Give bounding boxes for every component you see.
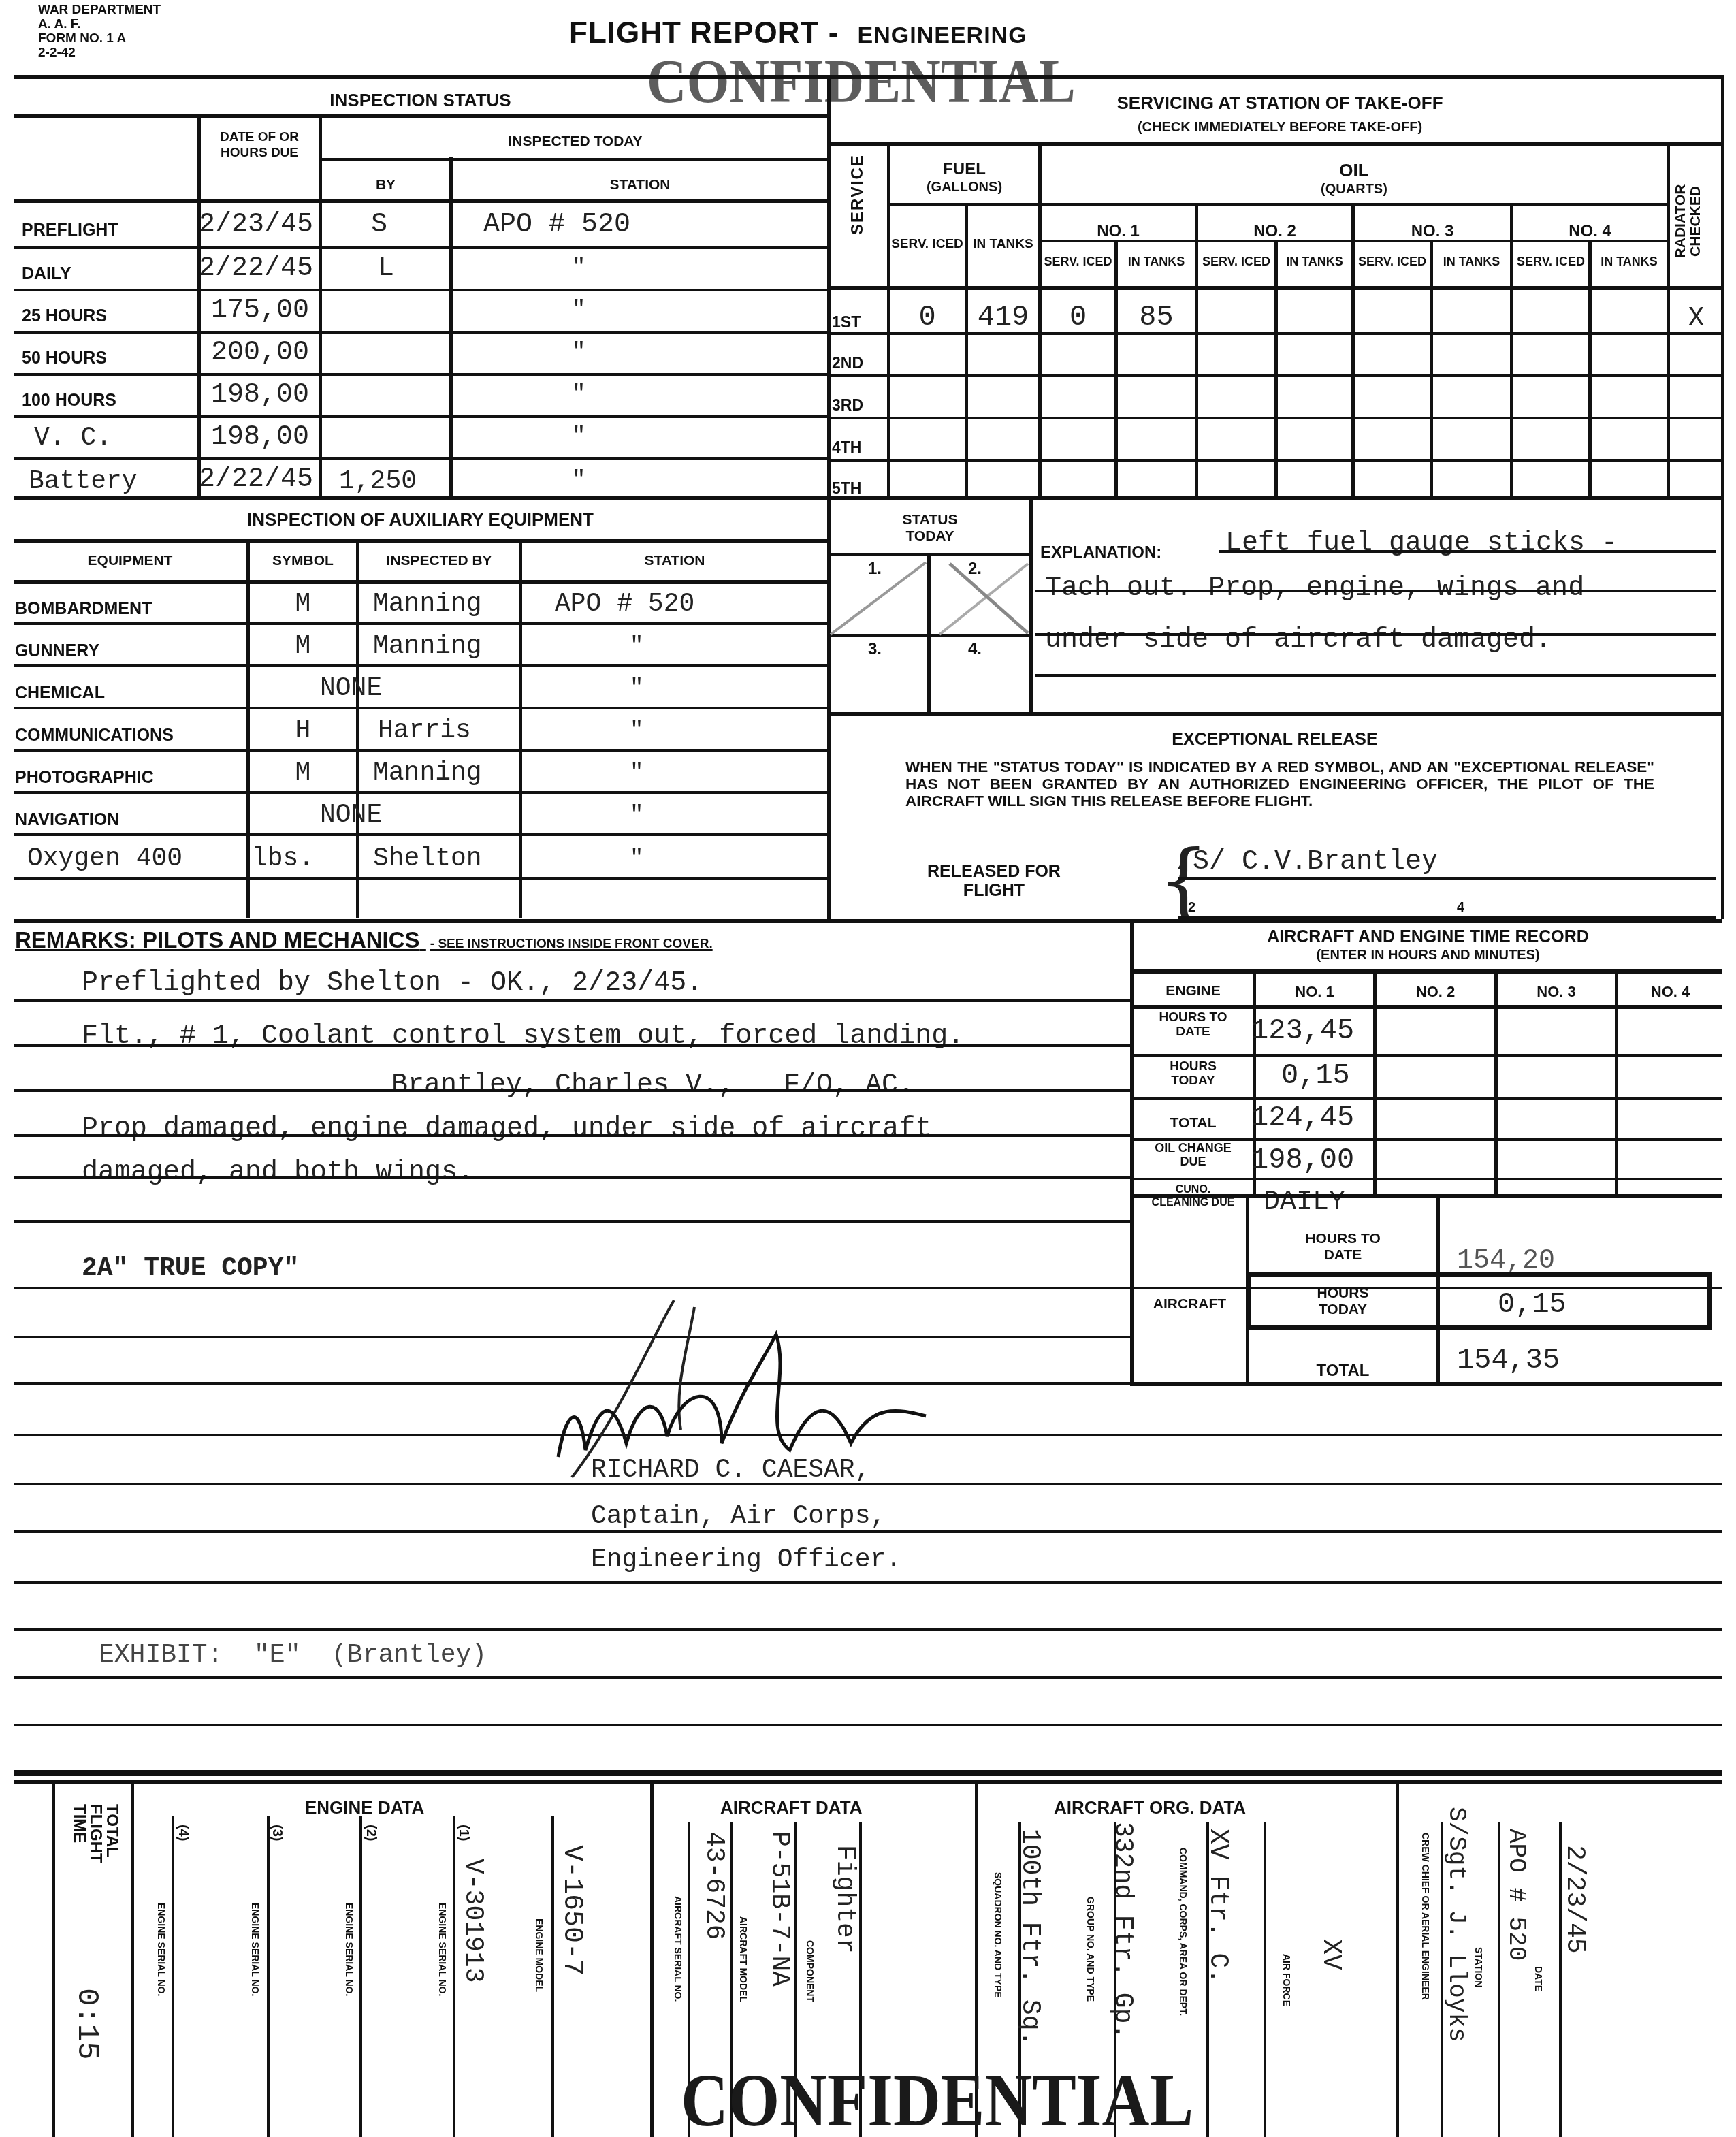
row-label: 50 HOURS [22, 349, 107, 368]
col-inspected-today: INSPECTED TODAY [323, 133, 827, 150]
row-label: Battery [29, 467, 138, 496]
aux-row-inspected-by[interactable]: Harris [378, 716, 471, 745]
remarks-line[interactable]: Prop damaged, engine damaged, under side… [82, 1114, 931, 1144]
oil2-in-tanks-hdr: IN TANKS [1278, 255, 1351, 269]
row-due[interactable]: 198,00 [211, 380, 309, 411]
engine-serial-label: ENGINE SERIAL NO. [250, 1903, 261, 1996]
fuel-label: FUEL (GALLONS) [890, 161, 1038, 196]
org-data-title: AIRCRAFT ORG. DATA [1054, 1797, 1246, 1818]
col-aux-station: STATION [522, 553, 827, 569]
explanation-label: EXPLANATION: [1040, 543, 1161, 562]
aux-row-inspected-by[interactable]: Manning [373, 632, 482, 661]
engine-slot-4: (4) [175, 1825, 191, 1841]
org-air-force[interactable]: XV [1316, 1939, 1345, 1970]
remarks-line[interactable]: 2A" TRUE COPY" [82, 1254, 299, 1283]
row-by[interactable]: L [378, 253, 394, 284]
explanation-line-1[interactable]: Left fuel gauge sticks - [1225, 528, 1618, 559]
aux-row-station[interactable]: " [630, 718, 643, 743]
oil1-in-tanks-hdr: IN TANKS [1118, 255, 1195, 269]
row-station[interactable]: " [572, 381, 585, 407]
radiator-label-text: RADIATOR CHECKED [1673, 163, 1703, 279]
engine1-oil-change-due[interactable]: 198,00 [1251, 1144, 1354, 1176]
aux-equipment-title: INSPECTION OF AUXILIARY EQUIPMENT [14, 509, 827, 530]
engine-model[interactable]: V-1650-7 [556, 1845, 587, 1976]
oil3-in-tanks-hdr: IN TANKS [1433, 255, 1510, 269]
aux-row-symbol[interactable]: M [250, 590, 356, 619]
aux-row-label: Oxygen 400 [27, 844, 182, 873]
row-station[interactable]: " [572, 339, 585, 365]
row-due[interactable]: 175,00 [211, 295, 309, 326]
aux-row-station[interactable]: " [630, 760, 643, 786]
engine-data-title: ENGINE DATA [305, 1797, 424, 1818]
aux-row-label: NAVIGATION [15, 810, 119, 830]
engine-serial-label: ENGINE SERIAL NO. [344, 1903, 355, 1996]
form-id-block: WAR DEPARTMENT A. A. F. FORM NO. 1 A 2-2… [38, 3, 161, 60]
aux-row-station[interactable]: " [630, 846, 643, 871]
fuel-title: FUEL [890, 161, 1038, 178]
explanation-line-3[interactable]: under side of aircraft damaged. [1045, 625, 1552, 656]
aircraft-data-title: AIRCRAFT DATA [720, 1797, 862, 1818]
engine-serial-label: ENGINE SERIAL NO. [437, 1903, 448, 1996]
oil-engine-3-hdr: NO. 3 [1355, 222, 1510, 241]
col-station: STATION [453, 177, 827, 193]
crew-station[interactable]: APO # 520 [1502, 1829, 1530, 1961]
exceptional-release-body: WHEN THE "STATUS TODAY" IS INDICATED BY … [905, 758, 1654, 809]
aircraft-component-label: COMPONENT [805, 1940, 816, 2002]
row-due[interactable]: 2/22/45 [199, 253, 313, 284]
row-label: 100 HOURS [22, 391, 116, 411]
remarks-note: - SEE INSTRUCTIONS INSIDE FRONT COVER. [430, 937, 713, 951]
aux-row-symbol[interactable]: M [250, 632, 356, 661]
aircraft-model[interactable]: P-51B-7-NA [765, 1831, 794, 1987]
aux-row-symbol[interactable]: NONE [320, 674, 382, 703]
oil1-serviced-1st[interactable]: 0 [1042, 301, 1114, 334]
row-due[interactable]: 200,00 [211, 338, 309, 368]
time-engine-1-hdr: NO. 1 [1256, 983, 1373, 1001]
oil-engine-1-hdr: NO. 1 [1042, 222, 1195, 241]
release-line-4-mark: 4 [1457, 900, 1464, 916]
engine-1-serial[interactable]: V-301913 [458, 1859, 487, 1982]
inspection-row: DAILY 2/22/45 L " [14, 248, 827, 290]
fuel-unit: (GALLONS) [890, 178, 1038, 196]
col-by: BY [322, 177, 449, 193]
confidential-stamp-bottom: CONFIDENTIAL [681, 2063, 1193, 2137]
col-equipment: EQUIPMENT [14, 553, 246, 569]
org-command[interactable]: XV Ftr. C. [1203, 1829, 1232, 1984]
aircraft-serial[interactable]: 43-6726 [699, 1831, 728, 1940]
row-station[interactable]: APO # 520 [483, 210, 630, 240]
release-signature[interactable]: /S/ C.V.Brantley [1176, 847, 1438, 878]
oil-label: OIL (QUARTS) [1042, 161, 1667, 199]
row-label: DAILY [22, 264, 71, 284]
aircraft-model-label: AIRCRAFT MODEL [738, 1916, 749, 2002]
time-row-label: TOTAL [1134, 1115, 1253, 1131]
col-symbol: SYMBOL [250, 553, 356, 569]
aircraft-total[interactable]: 154,35 [1457, 1344, 1560, 1377]
fuel-serviced-hdr: SERV. ICED [890, 237, 964, 252]
service-col-label: SERVICE [848, 154, 867, 235]
service-row-label: 5TH [832, 479, 861, 498]
status-today-title: STATUS TODAY [831, 512, 1029, 545]
oil4-in-tanks-hdr: IN TANKS [1592, 255, 1667, 269]
time-engine-2-hdr: NO. 2 [1377, 983, 1494, 1001]
crew-date[interactable]: 2/23/45 [1560, 1845, 1589, 1954]
signer-title: Engineering Officer. [591, 1545, 901, 1575]
remarks-line[interactable]: Flt., # 1, Coolant control system out, f… [82, 1021, 964, 1052]
aux-row-inspected-by[interactable]: Manning [373, 590, 482, 619]
engine1-hours-to-date[interactable]: 123,45 [1251, 1014, 1354, 1047]
fuel-in-tanks-1st[interactable]: 419 [968, 301, 1038, 334]
time-row-label: OIL CHANGE DUE [1134, 1141, 1253, 1168]
oil-title: OIL [1042, 161, 1667, 180]
time-record-title: AIRCRAFT AND ENGINE TIME RECORD [1134, 927, 1722, 947]
oil2-serviced-hdr: SERV. ICED [1198, 255, 1274, 269]
time-engine-3-hdr: NO. 3 [1498, 983, 1615, 1001]
engine-slot-3: (3) [269, 1825, 285, 1841]
inspection-row: Battery 2/22/45 1,250 " [14, 459, 827, 496]
signer-rank: Captain, Air Corps, [591, 1502, 886, 1531]
aux-row-station[interactable]: APO # 520 [555, 590, 694, 619]
row-by[interactable]: 1,250 [339, 467, 417, 496]
engine-slot-1: (1) [455, 1825, 471, 1841]
row-by[interactable]: S [371, 210, 387, 240]
explanation-line-2[interactable]: Tach out. Prop, engine, wings and [1045, 573, 1584, 604]
remarks-line[interactable]: Brantley, Charles V., F/O, AC. [391, 1070, 914, 1101]
form-branch: A. A. F. [38, 17, 161, 31]
aux-row-symbol[interactable]: lbs. [252, 844, 314, 873]
engine1-hours-today[interactable]: 0,15 [1281, 1059, 1350, 1092]
row-station[interactable]: " [572, 297, 585, 323]
inspection-row: V. C. 198,00 " [14, 417, 827, 459]
remarks-title: REMARKS: PILOTS AND MECHANICS [15, 927, 420, 952]
inspection-status-title: INSPECTION STATUS [14, 90, 827, 111]
time-engine-4-hdr: NO. 4 [1618, 983, 1722, 1001]
crew-chief-label: CREW CHIEF OR AERIAL ENGINEER [1420, 1833, 1431, 2000]
signer-name: RICHARD C. CAESAR, [591, 1456, 870, 1485]
total-flight-time-label: TOTAL FLIGHT TIME [71, 1804, 120, 1906]
oil1-serviced-hdr: SERV. ICED [1042, 255, 1114, 269]
aux-row-inspected-by[interactable]: Manning [373, 758, 482, 788]
aircraft-time-label: HOURS TODAY [1249, 1285, 1436, 1318]
col-date-due: DATE OF OR HOURS DUE [201, 129, 318, 161]
crew-station-label: STATION [1473, 1947, 1484, 1987]
aux-row-label: COMMUNICATIONS [15, 726, 174, 745]
engine-serial-label: ENGINE SERIAL NO. [156, 1903, 167, 1996]
service-row-label: 1ST [832, 313, 861, 332]
release-line-2-mark: 2 [1188, 900, 1195, 916]
inspection-row: PREFLIGHT 2/23/45 S APO # 520 [14, 204, 827, 246]
aircraft-time-label: TOTAL [1249, 1362, 1436, 1381]
aircraft-hours-today[interactable]: 0,15 [1498, 1288, 1566, 1321]
row-label: V. C. [34, 423, 112, 453]
engine1-total[interactable]: 124,45 [1251, 1102, 1354, 1134]
time-row-label: HOURS TO DATE [1134, 1010, 1253, 1039]
crew-chief[interactable]: S/Sgt. J. Lloyks [1443, 1807, 1470, 2042]
org-command-label: COMMAND, CORPS, AREA OR DEPT. [1178, 1848, 1189, 2016]
org-air-force-label: AIR FORCE [1281, 1954, 1292, 2006]
crew-date-label: DATE [1533, 1966, 1544, 1991]
aux-row-label: CHEMICAL [15, 684, 105, 703]
org-squadron-label: SQUADRON NO. AND TYPE [993, 1872, 1003, 1998]
row-station[interactable]: " [572, 255, 585, 280]
aircraft-time-label: HOURS TO DATE [1249, 1231, 1436, 1264]
aux-row-station[interactable]: " [630, 675, 643, 701]
oil-engine-2-hdr: NO. 2 [1198, 222, 1351, 241]
remarks-label: REMARKS: PILOTS AND MECHANICS - SEE INST… [15, 927, 713, 953]
form-number: FORM NO. 1 A [38, 31, 161, 46]
aux-row-symbol[interactable]: H [250, 716, 356, 745]
service-row-label: 4TH [832, 438, 861, 457]
status-cell-3[interactable]: 3. [868, 640, 882, 659]
inspection-row: 100 HOURS 198,00 " [14, 374, 827, 417]
status-cell-4[interactable]: 4. [968, 640, 982, 659]
form-department: WAR DEPARTMENT [38, 3, 161, 17]
exceptional-release-title: EXCEPTIONAL RELEASE [827, 730, 1722, 750]
oil1-in-tanks-1st[interactable]: 85 [1118, 301, 1195, 334]
row-label: PREFLIGHT [22, 221, 118, 240]
oil-engine-4-hdr: NO. 4 [1513, 222, 1667, 241]
inspection-row: 50 HOURS 200,00 " [14, 332, 827, 374]
aircraft-component[interactable]: Fighter [830, 1845, 859, 1954]
oil4-serviced-hdr: SERV. ICED [1513, 255, 1588, 269]
remarks-line[interactable]: damaged, and both wings. [82, 1157, 474, 1188]
aux-row-station[interactable]: " [630, 802, 643, 828]
aircraft-label: AIRCRAFT [1134, 1296, 1246, 1313]
service-row-label: 2ND [832, 354, 863, 372]
engine-model-label: ENGINE MODEL [534, 1918, 545, 1992]
released-for-flight-label: RELEASED FOR FLIGHT [899, 862, 1089, 900]
fuel-in-tanks-hdr: IN TANKS [968, 237, 1038, 252]
engine-slot-2: (2) [363, 1825, 379, 1841]
row-station[interactable]: " [572, 467, 585, 493]
org-group-label: GROUP NO. AND TYPE [1085, 1897, 1096, 2002]
remarks-line[interactable]: Preflighted by Shelton - OK., 2/23/45. [82, 968, 703, 999]
status-red-symbol-icon [827, 553, 1029, 637]
service-row-label: 3RD [832, 396, 863, 415]
row-due[interactable]: 198,00 [211, 422, 309, 453]
oil-unit: (QUARTS) [1042, 180, 1667, 199]
time-row-label: HOURS TODAY [1134, 1059, 1253, 1088]
col-inspected-by: INSPECTED BY [359, 553, 519, 569]
aircraft-serial-label: AIRCRAFT SERIAL NO. [673, 1896, 684, 2002]
org-group[interactable]: 332nd Ftr. Gp. [1108, 1822, 1137, 2039]
time-record-subtitle: (ENTER IN HOURS AND MINUTES) [1134, 948, 1722, 963]
radiator-checked-1st[interactable]: X [1670, 304, 1722, 334]
radiator-checked-label: RADIATOR CHECKED [1673, 163, 1703, 279]
exhibit-label: EXHIBIT: "E" (Brantley) [99, 1641, 487, 1670]
fuel-serviced-1st[interactable]: 0 [890, 301, 964, 334]
row-due[interactable]: 2/23/45 [199, 210, 313, 240]
aux-row-inspected-by[interactable]: Shelton [373, 844, 482, 873]
col-engine: ENGINE [1134, 983, 1253, 999]
total-flight-time-value[interactable]: 0:15 [69, 1988, 103, 2060]
row-due[interactable]: 2/22/45 [199, 464, 313, 495]
aux-row-symbol[interactable]: M [250, 758, 356, 788]
aux-row-label: GUNNERY [15, 641, 99, 661]
engine1-cuno-cleaning-due[interactable]: DAILY [1264, 1187, 1345, 1218]
aux-row-symbol[interactable]: NONE [320, 801, 382, 830]
aux-row-station[interactable]: " [630, 633, 643, 659]
row-label: 25 HOURS [22, 306, 107, 326]
org-squadron[interactable]: 100th Ftr. Sq. [1015, 1829, 1044, 2046]
aux-row-label: PHOTOGRAPHIC [15, 768, 154, 788]
servicing-title: SERVICING AT STATION OF TAKE-OFF [905, 93, 1654, 114]
inspection-row: 25 HOURS 175,00 " [14, 290, 827, 332]
row-station[interactable]: " [572, 423, 585, 449]
oil3-serviced-hdr: SERV. ICED [1355, 255, 1430, 269]
aux-row-label: BOMBARDMENT [15, 599, 152, 619]
form-revision: 2-2-42 [38, 46, 161, 60]
servicing-subtitle: (CHECK IMMEDIATELY BEFORE TAKE-OFF) [905, 120, 1654, 135]
